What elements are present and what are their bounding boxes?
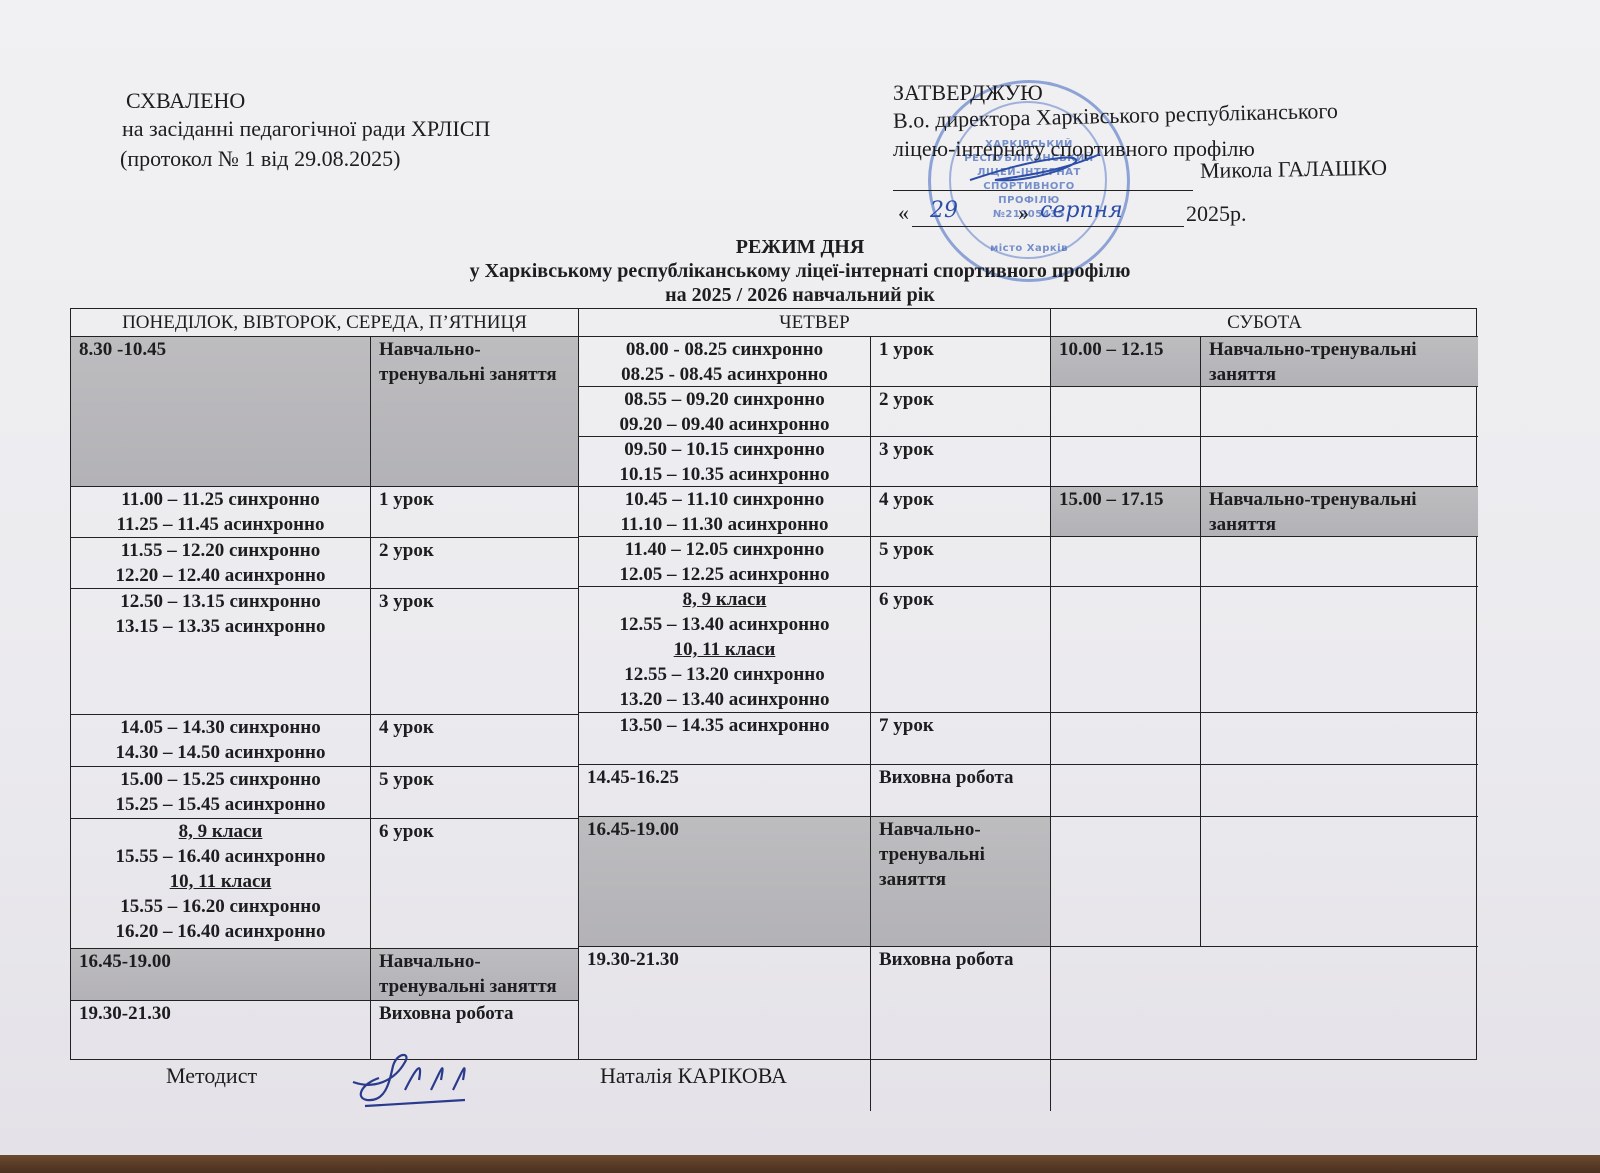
cell-text: 11.00 – 11.25 синхронно [79,487,362,512]
thursday-activity-cell: 7 урок [871,713,1051,765]
cell-text: 14.30 – 14.50 асинхронно [79,740,362,765]
cell-text: 5 урок [879,537,1042,562]
cell-text: 09.50 – 10.15 синхронно [587,437,862,462]
cell-text: 1 урок [879,337,1042,362]
cell-text: Виховна робота [379,1001,570,1026]
document-title: РЕЖИМ ДНЯ [0,236,1600,259]
thursday-activity-cell: 5 урок [871,537,1051,587]
weekday-activity-cell: 2 урок [371,538,579,589]
cell-text: 6 урок [879,587,1042,612]
thursday-time-cell: 13.50 – 14.35 асинхронно [579,713,871,765]
weekday-activity-cell: 4 урок [371,715,579,767]
cell-text: 15.00 – 17.15 [1059,487,1192,512]
cell-text: 12.55 – 13.20 синхронно [587,662,862,687]
cell-text: Виховна робота [879,947,1042,972]
thursday-time-cell: 08.00 - 08.25 синхронно08.25 - 08.45 аси… [579,337,871,387]
methodist-role: Методист [166,1063,257,1089]
cell-text: 08.25 - 08.45 асинхронно [587,362,862,387]
cell-text: 08.00 - 08.25 синхронно [587,337,862,362]
methodist-name: Наталія КАРІКОВА [600,1063,787,1089]
weekday-activity-cell: 5 урок [371,767,579,819]
cell-text: 11.40 – 12.05 синхронно [587,537,862,562]
saturday-time-cell: 15.00 – 17.15 [1051,487,1201,537]
cell-text: Навчально-тренувальні заняття [1209,337,1470,387]
cell-text: 15.55 – 16.20 синхронно [79,894,362,919]
weekday-activity-cell: Навчально-тренувальні заняття [371,949,579,1001]
cell-text: 15.25 – 15.45 асинхронно [79,792,362,817]
cell-text: 12.55 – 13.40 асинхронно [587,612,862,637]
cell-text: 13.50 – 14.35 асинхронно [587,713,862,738]
director-signature [965,150,1105,190]
thursday-time-cell: 14.45-16.25 [579,765,871,817]
thursday-activity-cell: Навчально-тренувальні заняття [871,817,1051,947]
date-open-quote: « [898,200,909,226]
cell-text: 15.55 – 16.40 асинхронно [79,844,362,869]
cell-text: 12.50 – 13.15 синхронно [79,589,362,614]
cell-text: 14.05 – 14.30 синхронно [79,715,362,740]
cell-text: Виховна робота [879,765,1042,790]
date-month: серпня [1040,198,1123,223]
cell-text: 11.55 – 12.20 синхронно [79,538,362,563]
saturday-activity-cell [1201,437,1478,487]
academic-year: на 2025 / 2026 навчальний рік [0,284,1600,307]
cell-text: СУБОТА [1059,309,1470,337]
thursday-activity-cell: 2 урок [871,387,1051,437]
cell-text: 7 урок [879,713,1042,738]
cell-text: 13.15 – 13.35 асинхронно [79,614,362,639]
saturday-activity-cell [1201,587,1478,713]
cell-text: 1 урок [379,487,570,512]
saturday-time-cell [1051,387,1201,437]
weekday-time-cell: 16.45-19.00 [71,949,371,1001]
cell-text: 8, 9 класи [587,587,862,612]
saturday-empty-block [1051,947,1478,1058]
cell-text: 09.20 – 09.40 асинхронно [587,412,862,437]
thursday-activity-cell: 6 урок [871,587,1051,713]
saturday-time-cell: 10.00 – 12.15 [1051,337,1201,387]
thursday-time-cell: 09.50 – 10.15 синхронно10.15 – 10.35 аси… [579,437,871,487]
director-name: Микола ГАЛАШКО [1200,155,1388,184]
date-year: 2025р. [1186,201,1247,227]
cell-text: 19.30-21.30 [587,947,862,972]
weekday-time-cell: 15.00 – 15.25 синхронно15.25 – 15.45 аси… [71,767,371,819]
approved-line-1: на засіданні педагогічної ради ХРЛІСП [122,116,490,142]
cell-text: 8, 9 класи [79,819,362,844]
cell-text: 2 урок [379,538,570,563]
approved-line-2: (протокол № 1 від 29.08.2025) [120,146,400,172]
cell-text: 5 урок [379,767,570,792]
column-header-weekdays: ПОНЕДІЛОК, ВІВТОРОК, СЕРЕДА, П’ЯТНИЦЯ [71,309,579,337]
column-header-saturday: СУБОТА [1051,309,1478,337]
weekday-activity-cell: 3 урок [371,589,579,715]
cell-text: 3 урок [879,437,1042,462]
thursday-time-cell: 10.45 – 11.10 синхронно11.10 – 11.30 аси… [579,487,871,537]
weekday-time-cell: 19.30-21.30 [71,1001,371,1059]
thursday-time-cell: 08.55 – 09.20 синхронно09.20 – 09.40 аси… [579,387,871,437]
thursday-activity-cell: Виховна робота [871,947,1051,1111]
cell-text: 10.00 – 12.15 [1059,337,1192,362]
weekday-time-cell: 8.30 -10.45 [71,337,371,487]
weekday-activity-cell: 1 урок [371,487,579,538]
cell-text: 4 урок [879,487,1042,512]
weekday-time-cell: 11.55 – 12.20 синхронно12.20 – 12.40 аси… [71,538,371,589]
cell-text: 3 урок [379,589,570,614]
saturday-time-cell [1051,587,1201,713]
saturday-time-cell [1051,765,1201,817]
cell-text: 11.10 – 11.30 асинхронно [587,512,862,537]
saturday-activity-cell [1201,765,1478,817]
saturday-activity-cell [1201,537,1478,587]
approved-title: СХВАЛЕНО [126,88,245,114]
table-surface [0,1155,1600,1173]
saturday-activity-cell: Навчально-тренувальні заняття [1201,487,1478,537]
cell-text: Навчально-тренувальні заняття [379,337,570,387]
cell-text: 10, 11 класи [79,869,362,894]
cell-text: Навчально-тренувальні заняття [1209,487,1470,537]
thursday-activity-cell: 1 урок [871,337,1051,387]
saturday-time-cell [1051,537,1201,587]
cell-text: 16.45-19.00 [587,817,862,842]
thursday-time-cell: 8, 9 класи12.55 – 13.40 асинхронно10, 11… [579,587,871,713]
cell-text: 10.45 – 11.10 синхронно [587,487,862,512]
saturday-activity-cell [1201,817,1478,947]
confirm-title: ЗАТВЕРДЖУЮ [893,80,1043,106]
cell-text: 12.05 – 12.25 асинхронно [587,562,862,587]
cell-text: ЧЕТВЕР [587,309,1042,337]
document-subtitle: у Харківському республіканському ліцеї-і… [0,260,1600,283]
cell-text: 11.25 – 11.45 асинхронно [79,512,362,537]
thursday-activity-cell: 3 урок [871,437,1051,487]
weekday-time-cell: 12.50 – 13.15 синхронно13.15 – 13.35 аси… [71,589,371,715]
weekday-time-cell: 8, 9 класи15.55 – 16.40 асинхронно10, 11… [71,819,371,949]
weekday-time-cell: 11.00 – 11.25 синхронно11.25 – 11.45 аси… [71,487,371,538]
saturday-time-cell [1051,437,1201,487]
schedule-table: ПОНЕДІЛОК, ВІВТОРОК, СЕРЕДА, П’ЯТНИЦЯЧЕТ… [70,308,1477,1060]
cell-text: 2 урок [879,387,1042,412]
cell-text: 6 урок [379,819,570,844]
saturday-time-cell [1051,713,1201,765]
cell-text: 4 урок [379,715,570,740]
saturday-activity-cell: Навчально-тренувальні заняття [1201,337,1478,387]
cell-text: Навчально-тренувальні заняття [879,817,1042,892]
date-underline [912,226,1184,227]
cell-text: 12.20 – 12.40 асинхронно [79,563,362,588]
thursday-time-cell: 11.40 – 12.05 синхронно12.05 – 12.25 аси… [579,537,871,587]
weekday-time-cell: 14.05 – 14.30 синхронно14.30 – 14.50 аси… [71,715,371,767]
methodist-signature [345,1050,485,1110]
thursday-activity-cell: Виховна робота [871,765,1051,817]
date-day: 29 [930,198,958,223]
thursday-time-cell: 16.45-19.00 [579,817,871,947]
weekday-activity-cell: 6 урок [371,819,579,949]
thursday-activity-cell: 4 урок [871,487,1051,537]
cell-text: Навчально-тренувальні заняття [379,949,570,999]
cell-text: 10.15 – 10.35 асинхронно [587,462,862,487]
saturday-activity-cell [1201,713,1478,765]
cell-text: 8.30 -10.45 [79,337,362,362]
signature-line [893,190,1193,191]
cell-text: 13.20 – 13.40 асинхронно [587,687,862,712]
saturday-time-cell [1051,817,1201,947]
cell-text: 16.20 – 16.40 асинхронно [79,919,362,944]
cell-text: 19.30-21.30 [79,1001,362,1026]
cell-text: 10, 11 класи [587,637,862,662]
cell-text: 08.55 – 09.20 синхронно [587,387,862,412]
date-close-quote: » [1018,200,1029,226]
weekday-activity-cell: Навчально-тренувальні заняття [371,337,579,487]
column-header-thursday: ЧЕТВЕР [579,309,1051,337]
saturday-activity-cell [1201,387,1478,437]
cell-text: ПОНЕДІЛОК, ВІВТОРОК, СЕРЕДА, П’ЯТНИЦЯ [79,309,570,337]
cell-text: 15.00 – 15.25 синхронно [79,767,362,792]
cell-text: 14.45-16.25 [587,765,862,790]
cell-text: 16.45-19.00 [79,949,362,974]
